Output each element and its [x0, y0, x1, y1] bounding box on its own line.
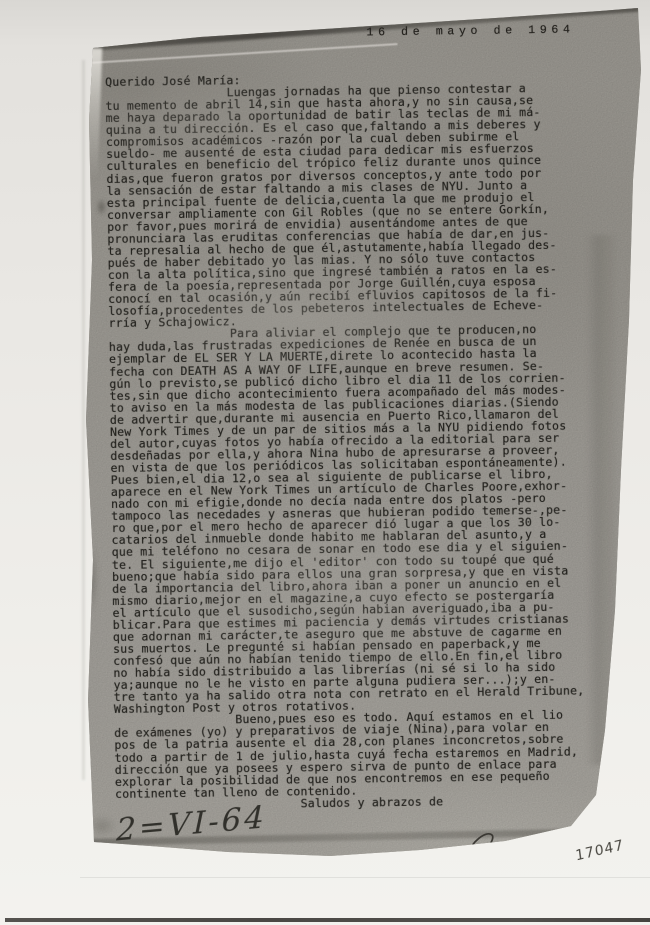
letter-date: 16 de mayo de 1964: [366, 23, 574, 39]
scanned-letter-page: 16 de mayo de 1964 Querido José María: L…: [0, 0, 650, 925]
typed-content: 16 de mayo de 1964 Querido José María: L…: [0, 0, 650, 925]
letter-body: Querido José María: Luengas jornadas ha …: [105, 69, 586, 811]
catalog-number: 17047: [575, 837, 625, 864]
scan-artifact-line: [80, 877, 650, 878]
paper-edge-shadow: [82, 60, 85, 780]
scan-edge-line: [5, 918, 650, 922]
letter-paper: 16 de mayo de 1964 Querido José María: L…: [0, 0, 650, 925]
